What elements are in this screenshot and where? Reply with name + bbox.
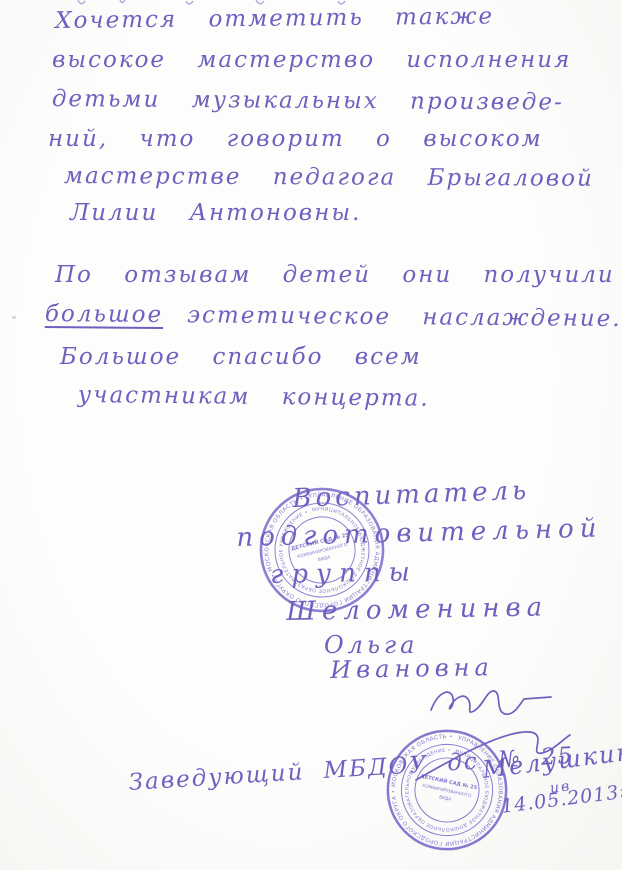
scan-speck (12, 316, 16, 319)
handwriting-text: эстетическое наслаждение. (187, 302, 622, 332)
handwriting-line: Большое спасибо всем (60, 344, 422, 370)
handwriting-line: мастерстве педагога Брыгаловой (64, 163, 594, 192)
signoff-role-line: группы (270, 557, 418, 590)
autograph-signature (425, 676, 560, 726)
handwriting-line: ний, что говорит о высоком (48, 126, 543, 152)
handwriting-line: высокое мастерство исполнения (52, 47, 571, 73)
scanned-handwritten-document: Хочется отметить также высокое мастерств… (0, 0, 622, 870)
signoff-surname: Шеломенинва (286, 592, 548, 627)
underlined-word: большое (45, 301, 164, 328)
handwriting-line: По отзывам детей они получили (55, 262, 615, 288)
handwriting-line: участникам концерта. (78, 382, 430, 412)
handwriting-line: Хочется отметить также (55, 3, 494, 34)
handwriting-line: большоеэстетическое наслаждение. (45, 301, 622, 332)
handwriting-line: детьми музыкальных произведе- (52, 86, 564, 116)
handwriting-line: Лилии Антоновны. (70, 200, 361, 226)
